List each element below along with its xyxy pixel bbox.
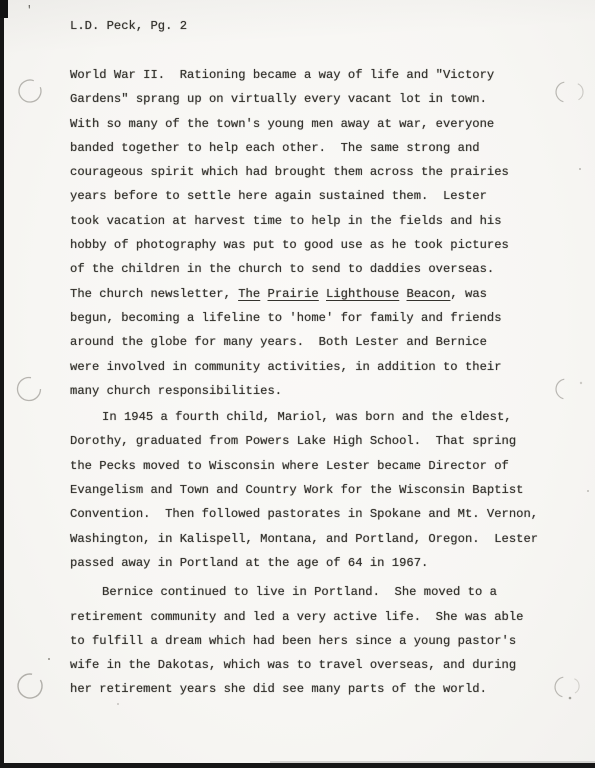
underlined-title-segment: Beacon (407, 287, 451, 301)
page-header: L.D. Peck, Pg. 2 (70, 18, 187, 34)
typed-line: hobby of photography was put to good use… (70, 233, 560, 257)
underlined-title-segment: The (238, 287, 260, 301)
typed-line: of the children in the church to send to… (70, 257, 560, 281)
typed-line: around the globe for many years. Both Le… (70, 330, 560, 354)
text-segment (399, 287, 406, 301)
text-segment (319, 287, 326, 301)
typed-line: to fulfill a dream which had been hers s… (70, 629, 560, 653)
typed-line: With so many of the town's young men awa… (70, 112, 560, 136)
scan-speck (569, 697, 572, 700)
paragraph: In 1945 a fourth child, Mariol, was born… (70, 405, 560, 575)
typed-line: Convention. Then followed pastorates in … (70, 502, 560, 526)
text-segment (260, 287, 267, 301)
typed-line: begun, becoming a lifeline to 'home' for… (70, 306, 560, 330)
typed-line: Evangelism and Town and Country Work for… (70, 478, 560, 502)
typed-line: years before to settle here again sustai… (70, 184, 560, 208)
text-segment: The church newsletter, (70, 287, 238, 301)
text-segment: , was (450, 287, 487, 301)
underlined-title-segment: Prairie (268, 287, 319, 301)
punch-hole-mark (578, 84, 583, 100)
punch-hole-mark (19, 80, 41, 102)
punch-hole-mark (18, 674, 42, 698)
typed-line: were involved in community activities, i… (70, 355, 560, 379)
typed-line: Washington, in Kalispell, Montana, and P… (70, 527, 560, 551)
punch-hole-mark (18, 378, 41, 401)
ink-speck (48, 658, 50, 660)
typed-line: In 1945 a fourth child, Mariol, was born… (70, 405, 560, 429)
paragraph: World War II. Rationing became a way of … (70, 63, 560, 403)
ink-speck (579, 168, 581, 170)
scan-edge-bottom (0, 763, 595, 768)
typed-line: Bernice continued to live in Portland. S… (70, 580, 560, 604)
scan-speck (580, 382, 582, 384)
typed-line: Gardens" sprang up on virtually every va… (70, 87, 560, 111)
typed-line: wife in the Dakotas, which was to travel… (70, 653, 560, 677)
ink-speck (117, 703, 119, 705)
typed-line: her retirement years she did see many pa… (70, 677, 560, 701)
typed-line: The church newsletter, The Prairie Light… (70, 282, 560, 306)
typed-line: banded together to help each other. The … (70, 136, 560, 160)
underlined-title-segment: Lighthouse (326, 287, 399, 301)
ink-speck: ' (26, 5, 33, 17)
scanned-page: ' L.D. Peck, Pg. 2 World War II. Rationi… (0, 0, 595, 768)
typed-line: took vacation at harvest time to help in… (70, 209, 560, 233)
typed-line: World War II. Rationing became a way of … (70, 63, 560, 87)
ink-speck (587, 490, 589, 492)
scan-edge-left (0, 0, 4, 768)
document-body: World War II. Rationing became a way of … (70, 63, 560, 702)
typed-line: the Pecks moved to Wisconsin where Leste… (70, 454, 560, 478)
typed-line: retirement community and led a very acti… (70, 605, 560, 629)
punch-hole-mark (574, 679, 579, 693)
scan-edge-top-left-corner (0, 0, 8, 18)
typed-line: Dorothy, graduated from Powers Lake High… (70, 429, 560, 453)
typed-line: courageous spirit which had brought them… (70, 160, 560, 184)
typed-line: passed away in Portland at the age of 64… (70, 551, 560, 575)
paragraph: Bernice continued to live in Portland. S… (70, 580, 560, 701)
typed-line: many church responsibilities. (70, 379, 560, 403)
